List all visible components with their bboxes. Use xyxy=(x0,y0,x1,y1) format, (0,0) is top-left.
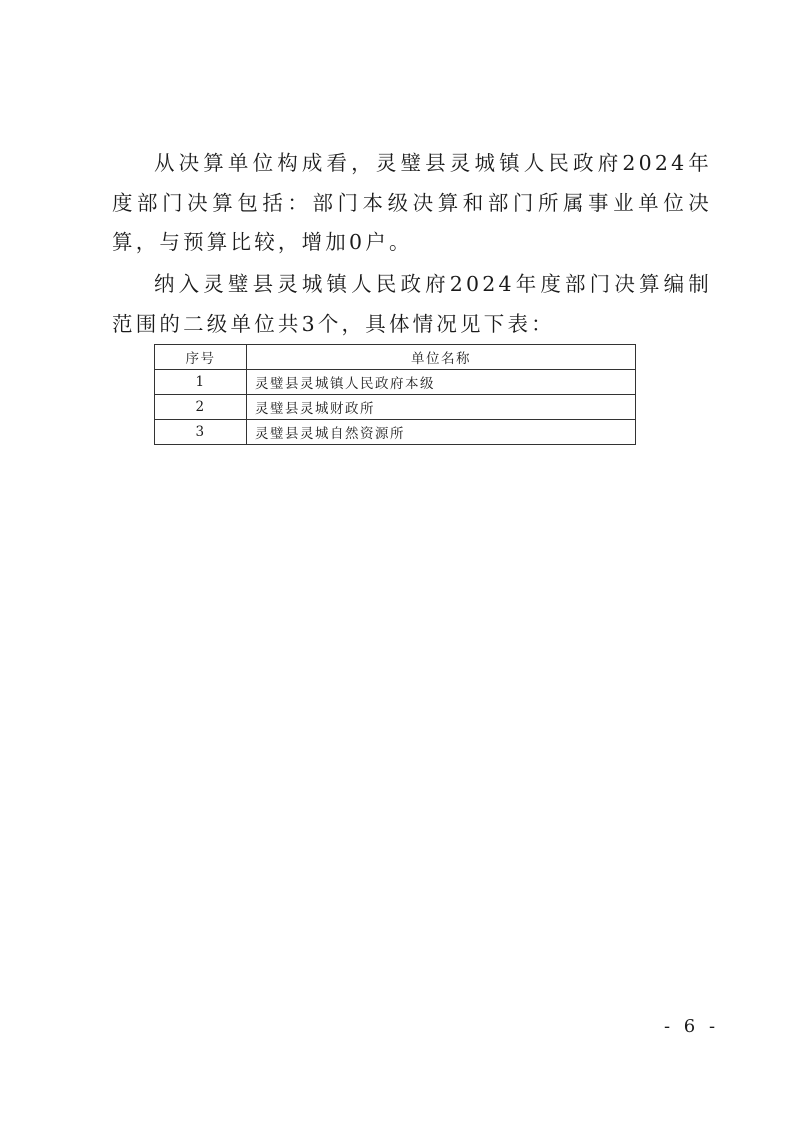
paragraph-unit-composition: 从决算单位构成看，灵璧县灵城镇人民政府2024年度部门决算包括：部门本级决算和部… xyxy=(112,144,712,263)
cell-serial-number: 2 xyxy=(155,395,247,420)
cell-serial-number: 1 xyxy=(155,370,247,395)
table-row: 3 灵璧县灵城自然资源所 xyxy=(155,420,636,445)
cell-serial-number: 3 xyxy=(155,420,247,445)
header-unit-name: 单位名称 xyxy=(247,345,636,370)
page-number: - 6 - xyxy=(664,1016,719,1037)
cell-unit-name: 灵璧县灵城自然资源所 xyxy=(247,420,636,445)
header-serial-number: 序号 xyxy=(155,345,247,370)
table-header-row: 序号 单位名称 xyxy=(155,345,636,370)
paragraph-text: 从决算单位构成看，灵璧县灵城镇人民政府2024年度部门决算包括：部门本级决算和部… xyxy=(112,151,712,254)
units-table: 序号 单位名称 1 灵璧县灵城镇人民政府本级 2 灵璧县灵城财政所 3 灵璧县灵… xyxy=(154,344,636,445)
cell-unit-name: 灵璧县灵城镇人民政府本级 xyxy=(247,370,636,395)
paragraph-secondary-units: 纳入灵璧县灵城镇人民政府2024年度部门决算编制范围的二级单位共3个，具体情况见… xyxy=(112,265,712,344)
table-row: 2 灵璧县灵城财政所 xyxy=(155,395,636,420)
paragraph-text: 纳入灵璧县灵城镇人民政府2024年度部门决算编制范围的二级单位共3个，具体情况见… xyxy=(112,272,712,336)
table-row: 1 灵璧县灵城镇人民政府本级 xyxy=(155,370,636,395)
cell-unit-name: 灵璧县灵城财政所 xyxy=(247,395,636,420)
